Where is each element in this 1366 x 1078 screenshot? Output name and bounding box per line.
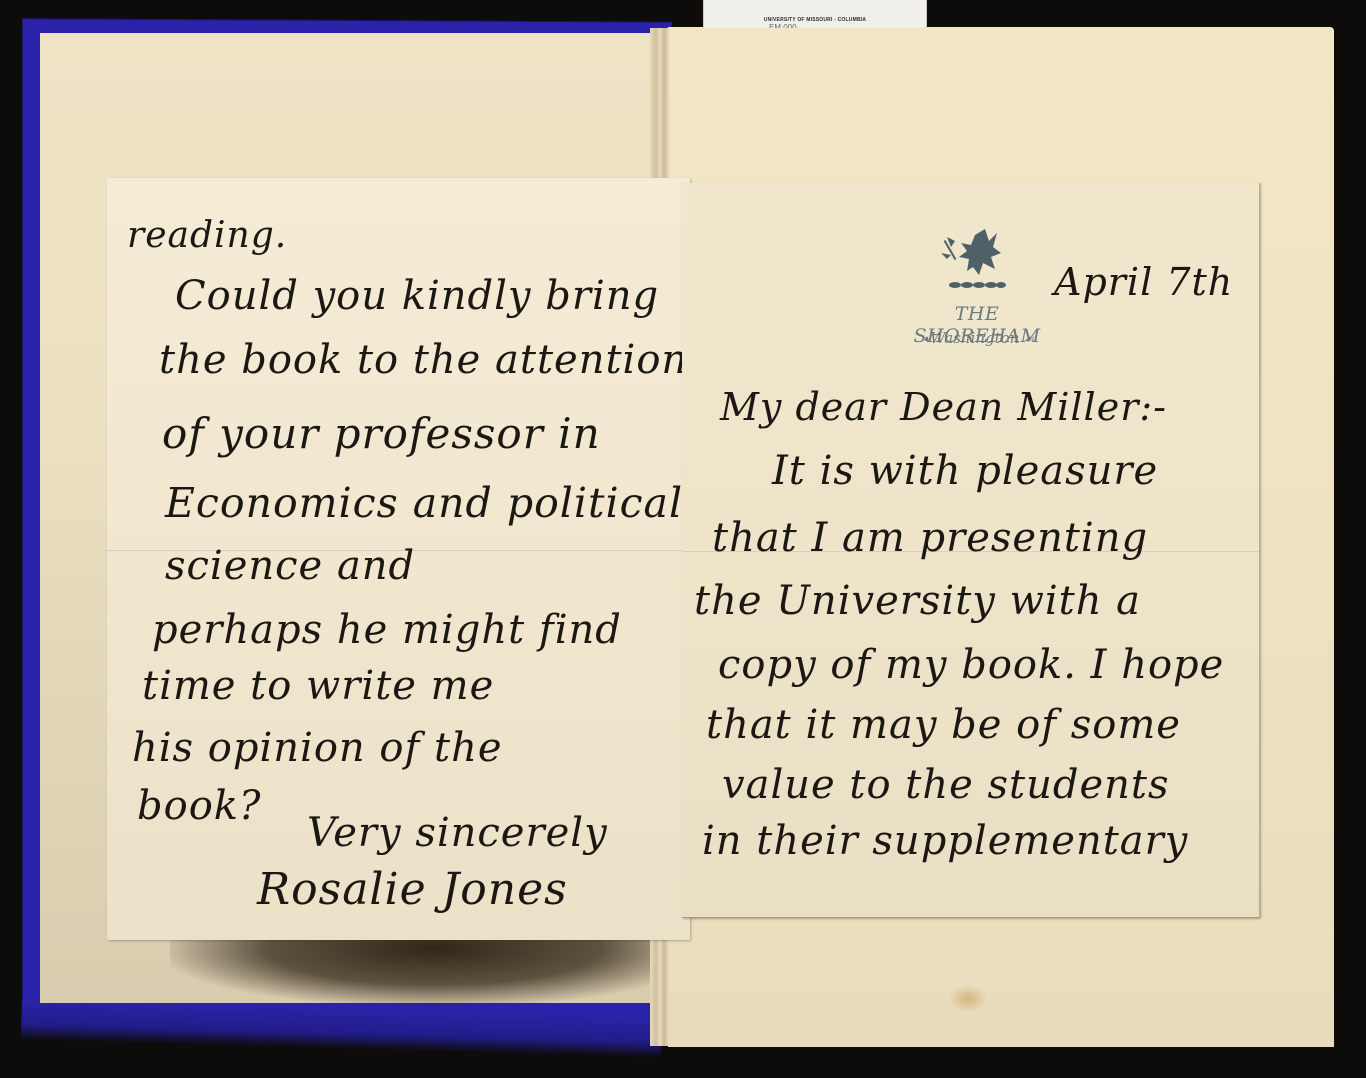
library-label-line2: EM 000 ... [769, 24, 869, 28]
signature: Rosalie Jones [257, 868, 568, 912]
letter-line: his opinion of the [132, 728, 503, 768]
letter-line: Economics and political [165, 483, 683, 524]
letter-line: value to the students [722, 765, 1169, 805]
letter-line: the University with a [694, 581, 1141, 621]
library-label-line1: UNIVERSITY OF MISSOURI - COLUMBIA [704, 17, 926, 23]
letter-line: Could you kindly bring [175, 276, 659, 316]
letterhead-city: Washington [907, 329, 1047, 347]
letter-line: that I am presenting [712, 518, 1148, 558]
letter-line: of your professor in [162, 413, 601, 455]
letter-line: in their supplementary [702, 821, 1188, 861]
letter-salutation: My dear Dean Miller:- [720, 388, 1167, 426]
right-letter-sheet: THE SHOREHAM Washington April 7th My dea… [682, 183, 1260, 918]
dragon-crest-icon [937, 223, 1017, 298]
left-letter-sheet: reading. Could you kindly bring the book… [107, 178, 690, 940]
paper-stain [948, 985, 988, 1013]
library-label: UNIVERSITY OF MISSOURI - COLUMBIA EM 000… [703, 0, 927, 28]
letter-line: time to write me [142, 666, 494, 706]
letter-closing: Very sincerely [307, 813, 608, 853]
letter-line: the book to the attention [159, 340, 688, 380]
letter-line: It is with pleasure [772, 451, 1158, 491]
letter-line: book? [137, 786, 261, 826]
letter-line: reading. [127, 218, 287, 254]
letter-line: that it may be of some [706, 705, 1181, 745]
letter-line: copy of my book. I hope [718, 645, 1224, 685]
letter-line: perhaps he might find [152, 610, 622, 650]
letter-line: science and [165, 546, 415, 586]
letter-date: April 7th [1054, 263, 1233, 301]
letter-shadow [170, 935, 650, 1005]
